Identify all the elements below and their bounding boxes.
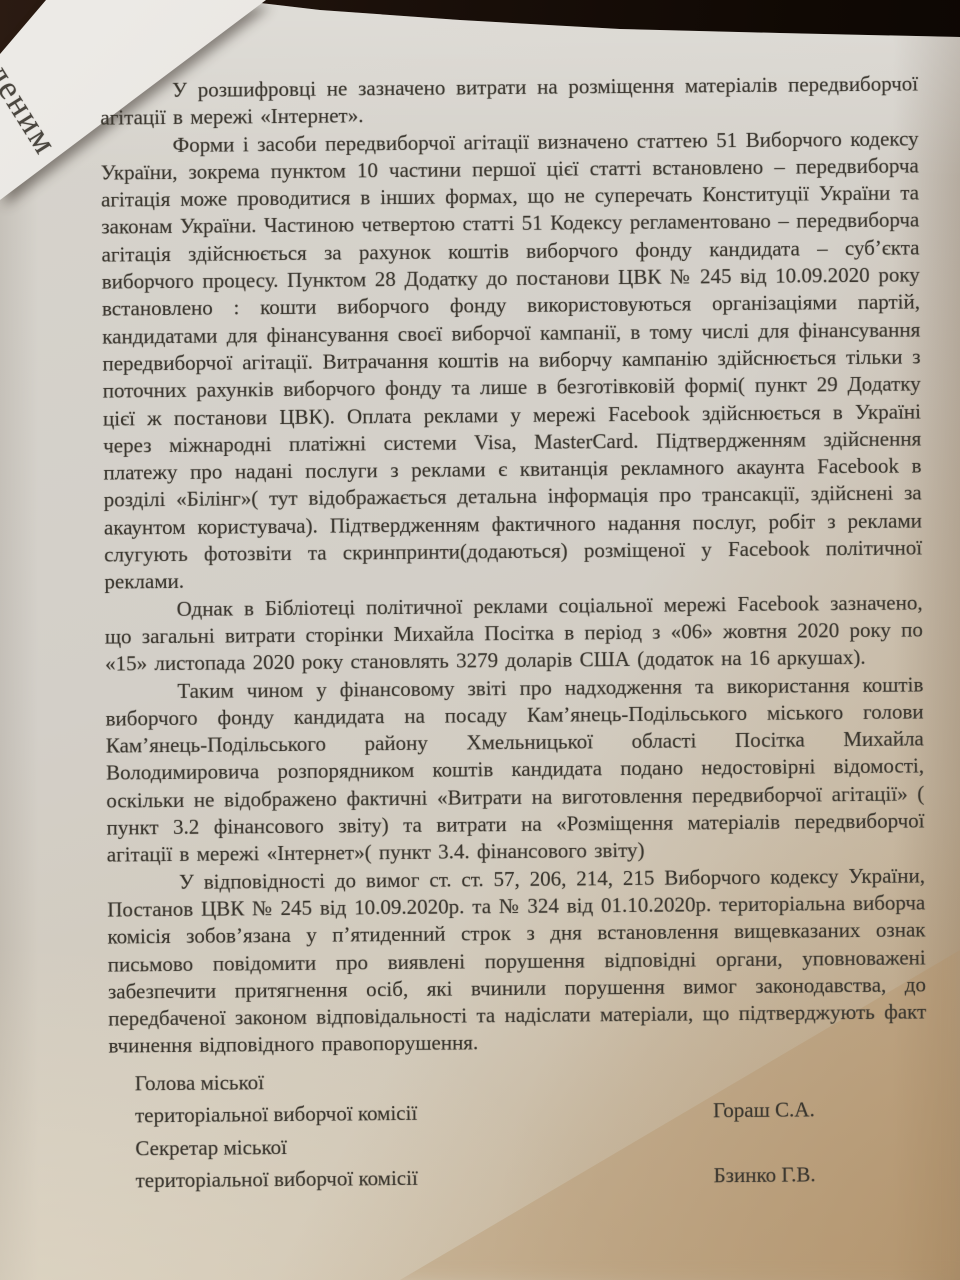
signature-title: територіальної виборчої комісії (136, 1166, 418, 1192)
signature-title: Голова міської (135, 1070, 264, 1095)
paragraph-legal-framework: Форми і засоби передвиборчої агітації ви… (100, 125, 922, 596)
signature-row: територіальної виборчої комісії Бзинко Г… (136, 1158, 928, 1197)
paragraph-internet-expenses: У розшифровці не зазначено витрати на ро… (100, 70, 918, 132)
paragraph-conclusion-false-report: Таким чином у фінансовому звіті про надх… (105, 671, 925, 869)
signature-block: Голова міської територіальної виборчої к… (135, 1060, 928, 1197)
document-text: У розшифровці не зазначено витрати на ро… (100, 70, 928, 1197)
signature-name: Гораш С.А. (713, 1094, 815, 1127)
signature-name: Бзинко Г.В. (713, 1159, 815, 1192)
signature-title: Секретар міської (135, 1135, 287, 1160)
document-photo: { "scene": { "table_color": "#1a0f09", "… (0, 0, 960, 1280)
paragraph-commission-obligation: У відповідності до вимог ст. ст. 57, 206… (107, 862, 927, 1060)
signature-title: територіальної виборчої комісії (135, 1101, 417, 1127)
paragraph-facebook-ad-library: Однак в Бібліотеці політичної реклами со… (105, 589, 924, 678)
